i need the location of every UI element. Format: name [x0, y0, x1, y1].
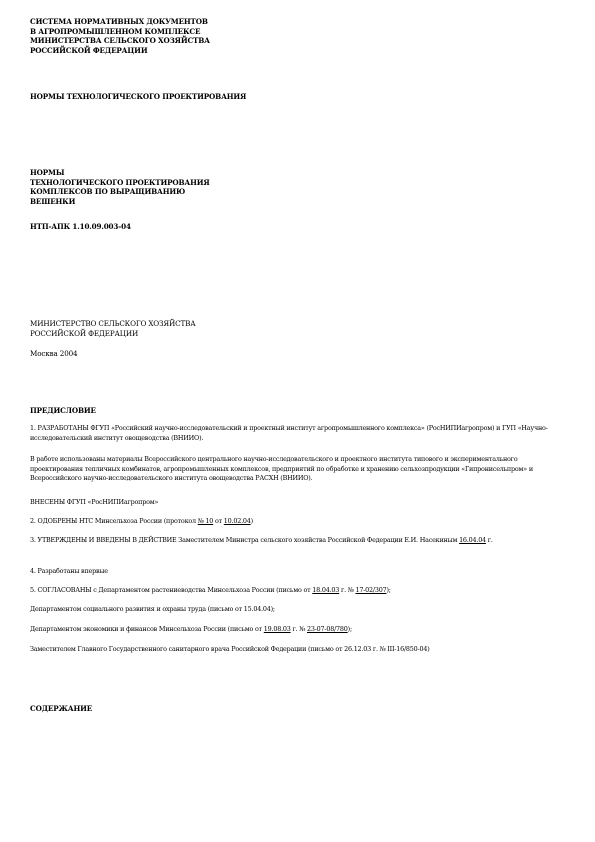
item-text: с Департаментом растениеводства Минсельх… [91, 586, 312, 594]
title-line: КОМПЛЕКСОВ ПО ВЫРАЩИВАНИЮ [30, 187, 210, 197]
preface-dept-social: Департаментом социального развития и охр… [30, 605, 570, 615]
item-text: Заместителем Главного Государственного с… [30, 645, 430, 653]
item-text: г. № [291, 625, 307, 633]
header-line: В АГРОПРОМЫШЛЕННОМ КОМПЛЕКСЕ [30, 27, 210, 37]
item-text: г. [486, 536, 493, 544]
publisher: МИНИСТЕРСТВО СЕЛЬСКОГО ХОЗЯЙСТВА РОССИЙС… [30, 319, 196, 338]
item-text: ); [348, 625, 352, 633]
date-link[interactable]: 10.02.04 [224, 517, 251, 525]
preface-sanitary: Заместителем Главного Государственного с… [30, 645, 570, 655]
preface-dept-econ: Департаментом экономики и финансов Минсе… [30, 625, 570, 635]
preface-heading-text: ПРЕДИСЛОВИЕ [30, 406, 96, 416]
preface-item-3: 3. УТВЕРЖДЕНЫ И ВВЕДЕНЫ В ДЕЙСТВИЕ Замес… [30, 536, 570, 546]
preface-materials: В работе использованы материалы Всеросси… [30, 455, 570, 484]
title-line: НОРМЫ [30, 168, 210, 178]
date-link[interactable]: 16.04.04 [459, 536, 486, 544]
code-text: НТП-АПК 1.10.09.003-04 [30, 222, 131, 232]
date-link[interactable]: 18.04.03 [312, 586, 339, 594]
preface-item-1: 1. РАЗРАБОТАНЫ ФГУП «Российский научно-и… [30, 424, 570, 443]
place-year-text: Москва 2004 [30, 349, 77, 359]
publisher-line: МИНИСТЕРСТВО СЕЛЬСКОГО ХОЗЯЙСТВА [30, 319, 196, 329]
item-lead: 5. СОГЛАСОВАНЫ [30, 586, 91, 594]
letter-number-link[interactable]: 23-07-08/780 [307, 625, 348, 633]
item-text: НТС Минсельхоза России (протокол [77, 517, 198, 525]
item-text: Заместителем Министра сельского хозяйств… [176, 536, 459, 544]
document-code: НТП-АПК 1.10.09.003-04 [30, 222, 131, 232]
contents-heading-text: СОДЕРЖАНИЕ [30, 704, 92, 714]
item-text: ФГУП «РосНИПИагропром» [65, 498, 158, 506]
item-lead: 3. УТВЕРЖДЕНЫ И ВВЕДЕНЫ В ДЕЙСТВИЕ [30, 536, 176, 544]
item-text: ); [386, 586, 390, 594]
materials-text: В работе использованы материалы Всеросси… [30, 455, 533, 482]
series-text: НОРМЫ ТЕХНОЛОГИЧЕСКОГО ПРОЕКТИРОВАНИЯ [30, 92, 246, 102]
place-year: Москва 2004 [30, 349, 77, 359]
preface-heading: ПРЕДИСЛОВИЕ [30, 406, 96, 416]
item-lead: 1. РАЗРАБОТАНЫ [30, 424, 89, 432]
item-text: Департаментом экономики и финансов Минсе… [30, 625, 264, 633]
date-link[interactable]: 19.08.03 [264, 625, 291, 633]
header-system-title: СИСТЕМА НОРМАТИВНЫХ ДОКУМЕНТОВ В АГРОПРО… [30, 17, 210, 55]
title-line: ВЕШЕНКИ [30, 197, 210, 207]
document-page: СИСТЕМА НОРМАТИВНЫХ ДОКУМЕНТОВ В АГРОПРО… [0, 0, 595, 842]
preface-item-2: 2. ОДОБРЕНЫ НТС Минсельхоза России (прот… [30, 517, 570, 527]
item-text: 4. Разработаны впервые [30, 567, 108, 575]
header-line: МИНИСТЕРСТВА СЕЛЬСКОГО ХОЗЯЙСТВА [30, 36, 210, 46]
preface-item-5: 5. СОГЛАСОВАНЫ с Департаментом растениев… [30, 586, 570, 596]
item-lead: ВНЕСЕНЫ [30, 498, 65, 506]
item-lead: 2. ОДОБРЕНЫ [30, 517, 77, 525]
title-line: ТЕХНОЛОГИЧЕСКОГО ПРОЕКТИРОВАНИЯ [30, 178, 210, 188]
item-text: Департаментом социального развития и охр… [30, 605, 275, 613]
contents-heading: СОДЕРЖАНИЕ [30, 704, 92, 714]
protocol-link[interactable]: № 10 [198, 517, 213, 525]
preface-item-4: 4. Разработаны впервые [30, 567, 570, 577]
item-text: от [213, 517, 224, 525]
header-line: СИСТЕМА НОРМАТИВНЫХ ДОКУМЕНТОВ [30, 17, 210, 27]
publisher-line: РОССИЙСКОЙ ФЕДЕРАЦИИ [30, 329, 196, 339]
item-text: г. № [339, 586, 355, 594]
letter-number-link[interactable]: 17-02/307 [355, 586, 386, 594]
header-line: РОССИЙСКОЙ ФЕДЕРАЦИИ [30, 46, 210, 56]
preface-introduced: ВНЕСЕНЫ ФГУП «РосНИПИагропром» [30, 498, 570, 508]
item-text: ФГУП «Российский научно-исследовательски… [30, 424, 548, 442]
series-title: НОРМЫ ТЕХНОЛОГИЧЕСКОГО ПРОЕКТИРОВАНИЯ [30, 92, 246, 102]
item-text: ) [251, 517, 253, 525]
document-title: НОРМЫ ТЕХНОЛОГИЧЕСКОГО ПРОЕКТИРОВАНИЯ КО… [30, 168, 210, 206]
